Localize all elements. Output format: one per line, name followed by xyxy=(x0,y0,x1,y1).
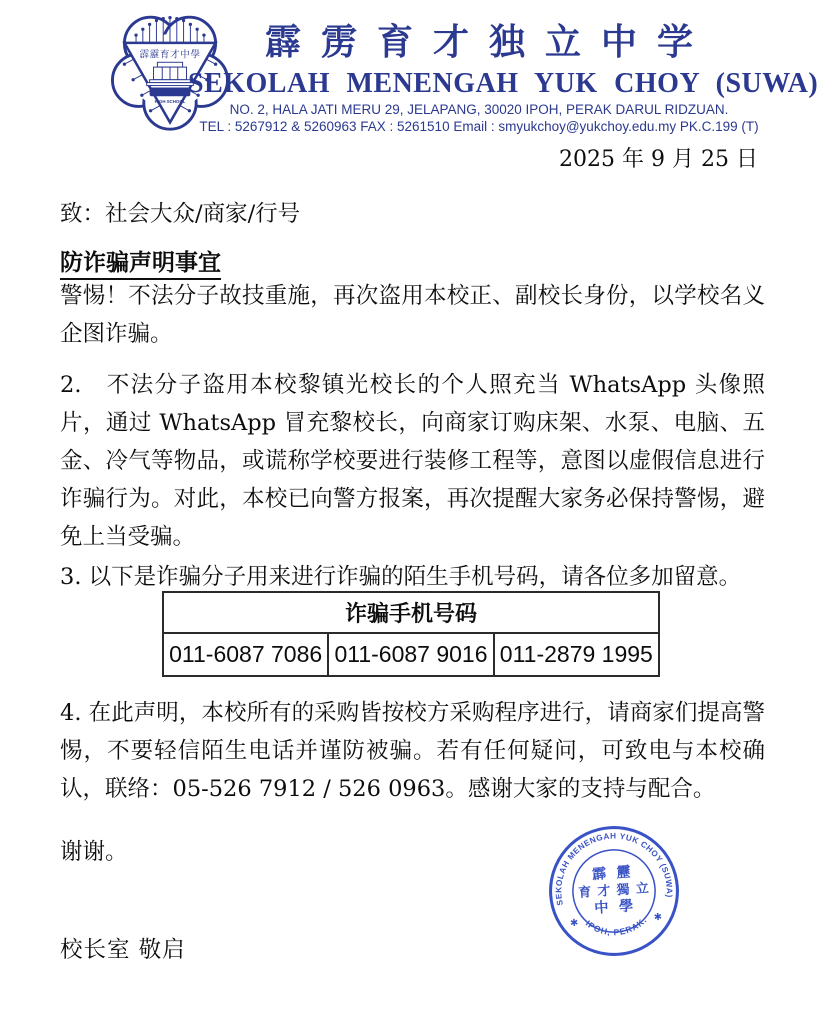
thanks-line: 谢谢。 xyxy=(60,834,128,866)
table-row: 011-6087 7086 011-6087 9016 011-2879 199… xyxy=(163,633,659,676)
scam-number-2: 011-6087 9016 xyxy=(328,633,493,676)
paragraph-warning: 警惕！不法分子故技重施，再次盗用本校正、副校长身份，以学校名义企图诈骗。 xyxy=(60,277,765,353)
signoff-line: 校长室 敬启 xyxy=(60,932,186,964)
letterhead: 霹雳育才独立中学 SEKOLAH MENENGAH YUK CHOY (SUWA… xyxy=(188,14,770,134)
crest-banner-text: YUK CHOY xyxy=(155,90,186,96)
school-address: NO. 2, HALA JATI MERU 29, JELAPANG, 3002… xyxy=(188,102,770,117)
stamp-ring-bottom-text: IPOH, PERAK. xyxy=(583,914,650,939)
scam-number-3: 011-2879 1995 xyxy=(494,633,659,676)
school-name-chinese: 霹雳育才独立中学 xyxy=(188,14,770,65)
crest-sub-text: HIGH SCHOOL xyxy=(155,99,186,104)
subject-title: 防诈骗声明事宜 xyxy=(60,244,221,280)
stamp-star-right-icon: ✱ xyxy=(653,912,662,924)
school-name-english: SEKOLAH MENENGAH YUK CHOY (SUWA) xyxy=(188,68,770,100)
stamp-center-line-2: 育 才 獨 立 xyxy=(578,880,650,901)
scam-numbers-table: 诈骗手机号码 011-6087 7086 011-6087 9016 011-2… xyxy=(162,591,660,677)
stamp-star-left-icon: ✱ xyxy=(570,918,579,930)
stamp-center-line-1: 霹 靂 xyxy=(591,862,634,883)
paragraph-4: 4. 在此声明，本校所有的采购皆按校方采购程序进行，请商家们提高警惕，不要轻信陌… xyxy=(60,694,765,808)
table-header-row: 诈骗手机号码 xyxy=(163,592,659,633)
svg-text:IPOH, PERAK.: IPOH, PERAK. xyxy=(583,914,650,939)
table-header-cell: 诈骗手机号码 xyxy=(163,592,659,633)
scam-number-1: 011-6087 7086 xyxy=(163,633,328,676)
school-stamp-icon: SEKOLAH MENENGAH YUK CHOY (SUWA) IPOH, P… xyxy=(542,819,685,962)
letter-page: 霹靂育才中學 YUK CHOY HIGH SCHOOL 霹雳育才独立中学 SEK… xyxy=(0,0,820,1024)
letter-date: 2025 年 9 月 25 日 xyxy=(559,142,758,173)
paragraph-2: 2. 不法分子盗用本校黎镇光校长的个人照充当 WhatsApp 头像照片，通过 … xyxy=(60,366,765,556)
recipient-line: 致：社会大众/商家/行号 xyxy=(60,196,300,228)
school-contact: TEL : 5267912 & 5260963 FAX : 5261510 Em… xyxy=(188,119,770,134)
